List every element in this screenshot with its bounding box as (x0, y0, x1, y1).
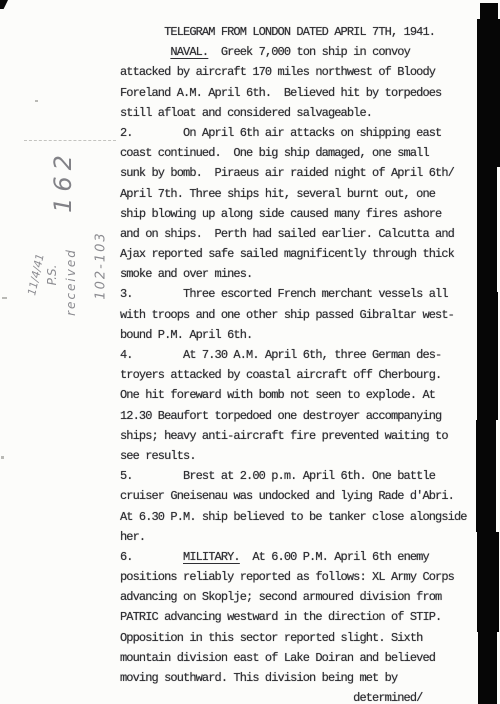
handwritten-page-number: 162 (49, 148, 77, 214)
faint-pencil-dashes (24, 140, 116, 144)
typed-line: TELEGRAM FROM LONDON DATED APRIL 7TH, 19… (120, 22, 480, 42)
typed-line: see results. (120, 446, 480, 466)
handwritten-initials: P.S. (45, 254, 59, 296)
typed-line: ships; heavy anti-aircraft fire prevente… (120, 426, 480, 446)
scan-edge-artifact (477, 19, 500, 167)
typed-line: moving southward. This division being me… (120, 668, 480, 688)
typed-line: bound P.M. April 6th. (120, 325, 480, 345)
typed-line: troyers attacked by coastal aircraft off… (120, 365, 480, 385)
typed-line: One hit foreward with bomb not seen to e… (120, 385, 480, 405)
typed-line: Foreland A.M. April 6th. Believed hit by… (120, 83, 480, 103)
scan-speck (2, 297, 7, 299)
typed-line: determined/ (120, 688, 480, 704)
typed-line: 5. Brest at 2.00 p.m. April 6th. One bat… (120, 466, 480, 486)
handwritten-scribble: received (64, 225, 78, 339)
scan-edge-artifact (478, 632, 497, 704)
typed-line: positions reliably reported as follows: … (120, 567, 480, 587)
typed-line: NAVAL. Greek 7,000 ton ship in convoy (120, 42, 480, 62)
typed-line: mountain division east of Lake Doiran an… (120, 648, 480, 668)
typed-line: advancing on Skoplje; second armoured di… (120, 587, 480, 607)
typed-line: coast continued. One big ship damaged, o… (120, 143, 480, 163)
scan-edge-artifact (480, 3, 498, 19)
typed-line: 12.30 Beaufort torpedoed one destroyer a… (120, 406, 480, 426)
handwritten-page-range: 102-103 (94, 224, 109, 308)
scan-edge-artifact (477, 292, 498, 420)
typed-line: April 7th. Three ships hit, several burn… (120, 184, 480, 204)
scanned-document-page: 162 102-103 received P.S. 11/4/41 TELEGR… (0, 0, 500, 704)
typed-line: sunk by bomb. Piraeus air raided night o… (120, 163, 480, 183)
typed-line: still afloat and considered salvageable. (120, 103, 480, 123)
typed-line: 2. On April 6th air attacks on shipping … (120, 123, 480, 143)
typed-text-block: TELEGRAM FROM LONDON DATED APRIL 7TH, 19… (120, 22, 480, 704)
scan-edge-artifact (477, 532, 499, 632)
typed-line: smoke and over mines. (120, 264, 480, 284)
scan-speck (35, 100, 38, 102)
typed-line: her. (120, 527, 480, 547)
typed-line: and on ships. Perth had sailed earlier. … (120, 224, 480, 244)
typed-line: At 6.30 P.M. ship believed to be tanker … (120, 507, 480, 527)
scan-edge-artifact (477, 167, 497, 292)
corner-scan-mark (0, 0, 8, 9)
scan-speck (1, 456, 4, 459)
typed-line: 4. At 7.30 A.M. April 6th, three German … (120, 345, 480, 365)
typed-line: PATRIC advancing westward in the directi… (120, 607, 480, 627)
typed-line: ship blowing up along side caused many f… (120, 204, 480, 224)
typed-line: 3. Three escorted French merchant vessel… (120, 284, 480, 304)
typed-line: cruiser Gneisenau was undocked and lying… (120, 486, 480, 506)
typed-line: Ajax reported safe sailed magnificently … (120, 244, 480, 264)
typed-line: Opposition in this sector reported sligh… (120, 628, 480, 648)
typed-line: attacked by aircraft 170 miles northwest… (120, 62, 480, 82)
typed-line: 6. MILITARY. At 6.00 P.M. April 6th enem… (120, 547, 480, 567)
typed-line: with troops and one other ship passed Gi… (120, 305, 480, 325)
